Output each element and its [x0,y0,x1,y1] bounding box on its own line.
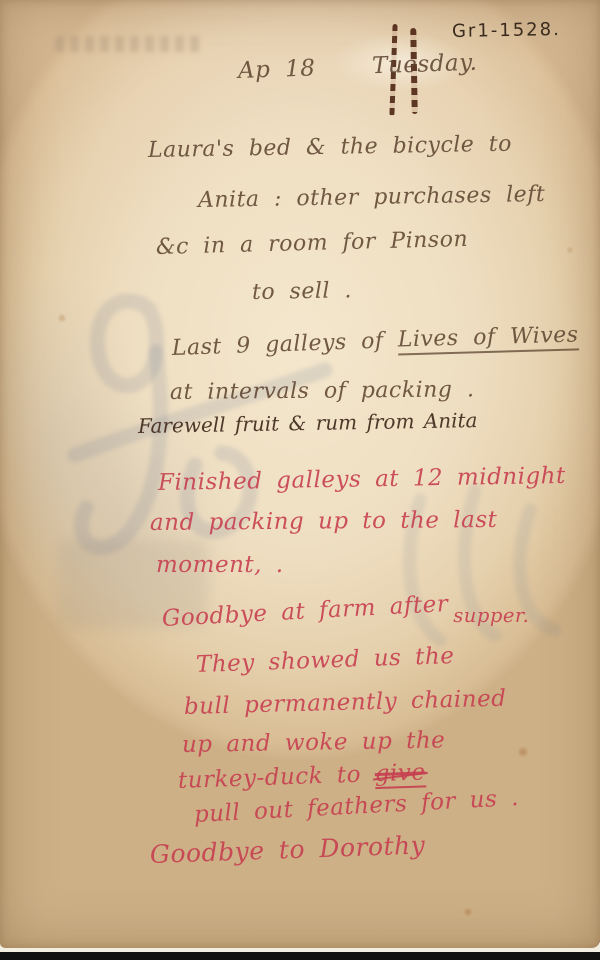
handwritten-line: Farewell fruit & rum from Anita [138,408,478,438]
scanned-diary-page: Gr1-1528. Ap 18 Tuesday. Laura's bed & t… [0,0,600,960]
faint-stamp-mark [55,36,205,52]
handwritten-line: &c in a room for Pinson [156,227,469,260]
handwritten-line: to sell . [252,278,352,305]
handwritten-line: bull permanently chained [184,686,507,720]
diary-date-heading: Ap 18 Tuesday. [238,50,478,84]
catalog-number: Gr1-1528. [452,19,561,42]
inserted-word: supper. [453,604,529,627]
handwritten-line-turkey: turkey-duck to give [178,759,426,796]
handwritten-line: moment, . [156,552,284,578]
handwritten-line: Laura's bed & the bicycle to [148,132,512,163]
handwritten-line: Finished galleys at 12 midnight [158,463,566,496]
scan-edge-black [0,952,600,960]
handwritten-line: and packing up to the last [150,507,498,536]
galleys-text: Last 9 galleys of [172,328,399,361]
handwritten-line: Goodbye to Dorothy [149,830,425,869]
paper-sheet: Gr1-1528. Ap 18 Tuesday. Laura's bed & t… [0,0,600,948]
handwritten-line-galleys: Last 9 galleys of Lives of Wives [172,322,580,364]
diary-day: Tuesday. [372,50,478,80]
handwritten-line: up and woke up the [182,727,446,758]
handwritten-line: They showed us the [196,643,455,678]
handwritten-line: Anita : other purchases left [198,182,546,213]
book-title-underlined: Lives of Wives [398,322,579,355]
handwritten-line-goodbye-farm: Goodbye at farm aftersupper. [161,587,529,632]
ink-bleed-through-right [380,470,580,660]
turkey-text: turkey-duck to [178,761,376,794]
diary-date: Ap 18 [238,55,316,84]
handwritten-line: at intervals of packing . [170,377,475,405]
struck-out-word: give [374,759,426,789]
